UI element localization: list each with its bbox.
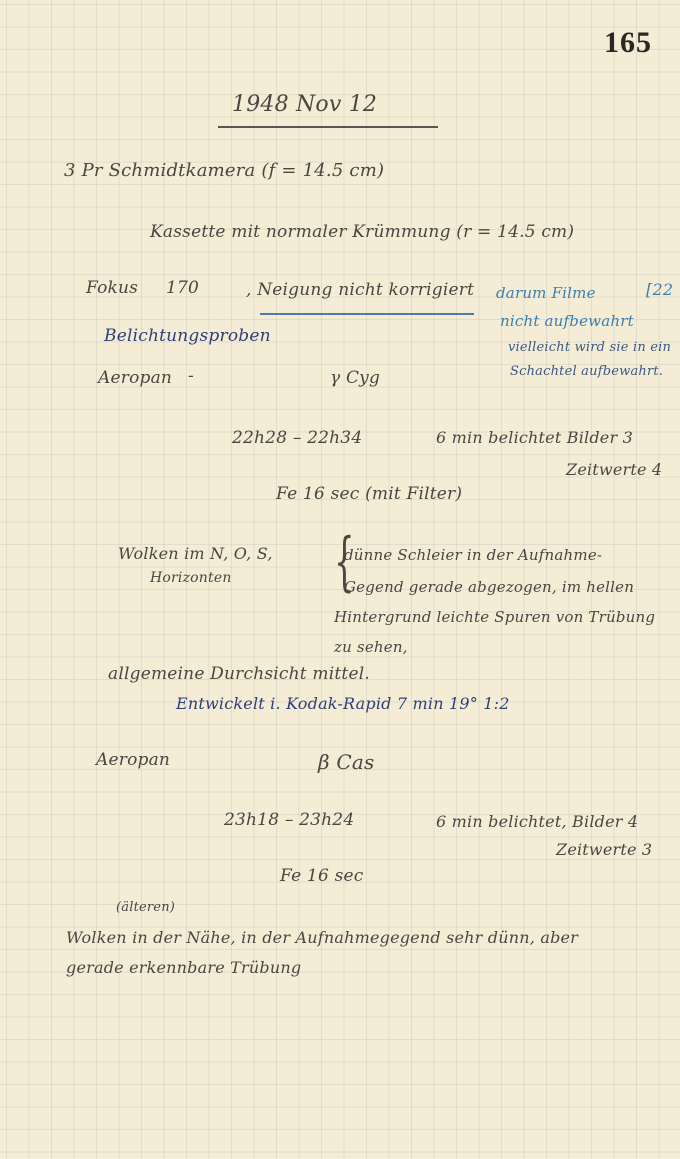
clouds1-right-4: zu sehen, <box>334 638 408 656</box>
clouds1-right-2: Gegend gerade abgezogen, im hellen <box>344 578 634 596</box>
obs1-time: 22h28 – 22h34 <box>232 428 362 448</box>
page-number: 165 <box>604 26 652 60</box>
side-note-mark: [22 <box>646 280 673 299</box>
obs1-film: Aeropan <box>98 368 172 388</box>
instrument-line: 3 Pr Schmidtkamera (f = 14.5 cm) <box>64 160 384 181</box>
obs2-time: 23h18 – 23h24 <box>224 810 354 830</box>
obs2-second: Zeitwerte 3 <box>556 840 652 859</box>
clouds1-developed: Entwickelt i. Kodak-Rapid 7 min 19° 1:2 <box>176 694 510 713</box>
page-date: 1948 Nov 12 <box>232 92 377 117</box>
obs1-dash: - <box>188 366 194 386</box>
clouds1-right-1: dünne Schleier in der Aufnahme- <box>344 546 602 564</box>
clouds2-insert: (älteren) <box>116 900 175 915</box>
clouds2-line-2: gerade erkennbare Trübung <box>66 958 301 977</box>
side-note-2: nicht aufbewahrt <box>500 312 634 330</box>
clouds2-line-1: Wolken in der Nähe, in der Aufnahmegegen… <box>66 928 578 947</box>
obs1-second: Zeitwerte 4 <box>566 460 662 479</box>
exposure-tests-heading: Belichtungsproben <box>104 326 271 346</box>
clouds1-left-1: Wolken im N, O, S, <box>118 544 273 563</box>
clouds1-right-3: Hintergrund leichte Spuren von Trübung <box>334 608 655 626</box>
focus-label: Fokus <box>86 278 138 298</box>
obs2-exposure: Fe 16 sec <box>280 866 363 886</box>
side-note-4: Schachtel aufbewahrt. <box>510 364 663 379</box>
focus-note: , Neigung nicht korrigiert <box>246 280 474 300</box>
notebook-page: 165 1948 Nov 12 3 Pr Schmidtkamera (f = … <box>0 0 680 1159</box>
date-underline <box>218 126 438 128</box>
focus-note-underline <box>260 313 474 315</box>
obs2-film: Aeropan <box>96 750 170 770</box>
focus-value: 170 <box>166 278 199 298</box>
obs1-target: γ Cyg <box>330 368 380 388</box>
obs1-duration: 6 min belichtet Bilder 3 <box>436 428 633 447</box>
obs2-duration: 6 min belichtet, Bilder 4 <box>436 812 638 831</box>
side-note-1: darum Filme <box>496 284 596 302</box>
side-note-3: vielleicht wird sie in ein <box>508 340 671 355</box>
obs1-exposure: Fe 16 sec (mit Filter) <box>276 484 462 504</box>
obs2-target: β Cas <box>318 750 374 774</box>
cassette-line: Kassette mit normaler Krümmung (r = 14.5… <box>150 222 574 242</box>
clouds1-left-2: Horizonten <box>150 570 232 586</box>
clouds1-general: allgemeine Durchsicht mittel. <box>108 664 370 684</box>
